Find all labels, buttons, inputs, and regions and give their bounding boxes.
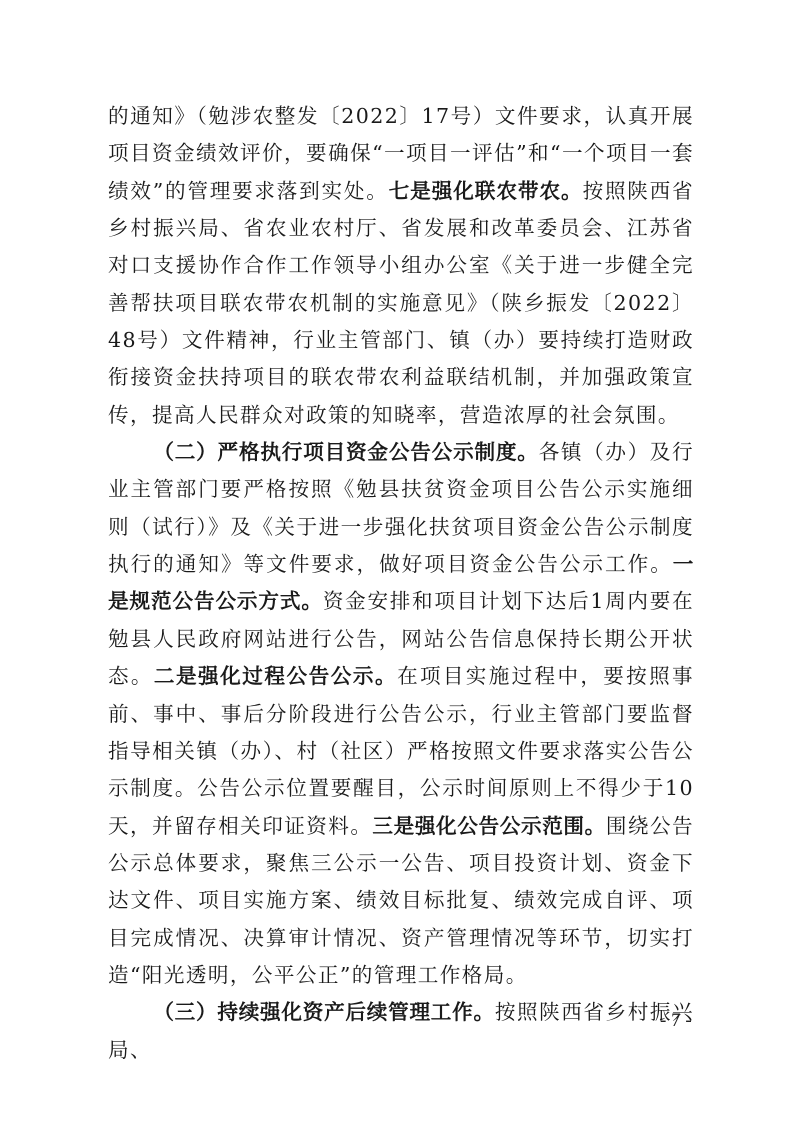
bold-point-three: 三是强化公告公示范围。: [372, 814, 606, 838]
text-run: 按照陕西省乡村振兴局、省农业农村厅、省发展和改革委员会、江苏省对口支援协作合作工…: [108, 179, 694, 427]
body-text: 的通知》（勉涉农整发〔2022〕17号）文件要求，认真开展项目资金绩效评价，要确…: [108, 98, 694, 1069]
page-number: - 7 -: [660, 1010, 692, 1032]
paragraph-section-three: （三）持续强化资产后续管理工作。按照陕西省乡村振兴局、: [108, 994, 694, 1069]
bold-heading-seven: 七是强化联农带农。: [389, 179, 583, 203]
section-heading-two: （二）严格执行项目资金公告公示制度。: [153, 440, 538, 464]
document-page: 的通知》（勉涉农整发〔2022〕17号）文件要求，认真开展项目资金绩效评价，要确…: [0, 0, 793, 1122]
text-run: 在项目实施过程中，要按照事前、事中、事后分阶段进行公告公示，行业主管部门要监督指…: [108, 664, 694, 837]
paragraph-section-two: （二）严格执行项目资金公告公示制度。各镇（办）及行业主管部门要严格按照《勉县扶贫…: [108, 434, 694, 994]
section-heading-three: （三）持续强化资产后续管理工作。: [153, 1000, 495, 1024]
bold-point-two: 二是强化过程公告公示。: [154, 664, 397, 688]
paragraph-notice-continuation: 的通知》（勉涉农整发〔2022〕17号）文件要求，认真开展项目资金绩效评价，要确…: [108, 98, 694, 434]
text-run: 围绕公告公示总体要求，聚焦三公示一公告、项目投资计划、资金下达文件、项目实施方案…: [108, 814, 694, 987]
